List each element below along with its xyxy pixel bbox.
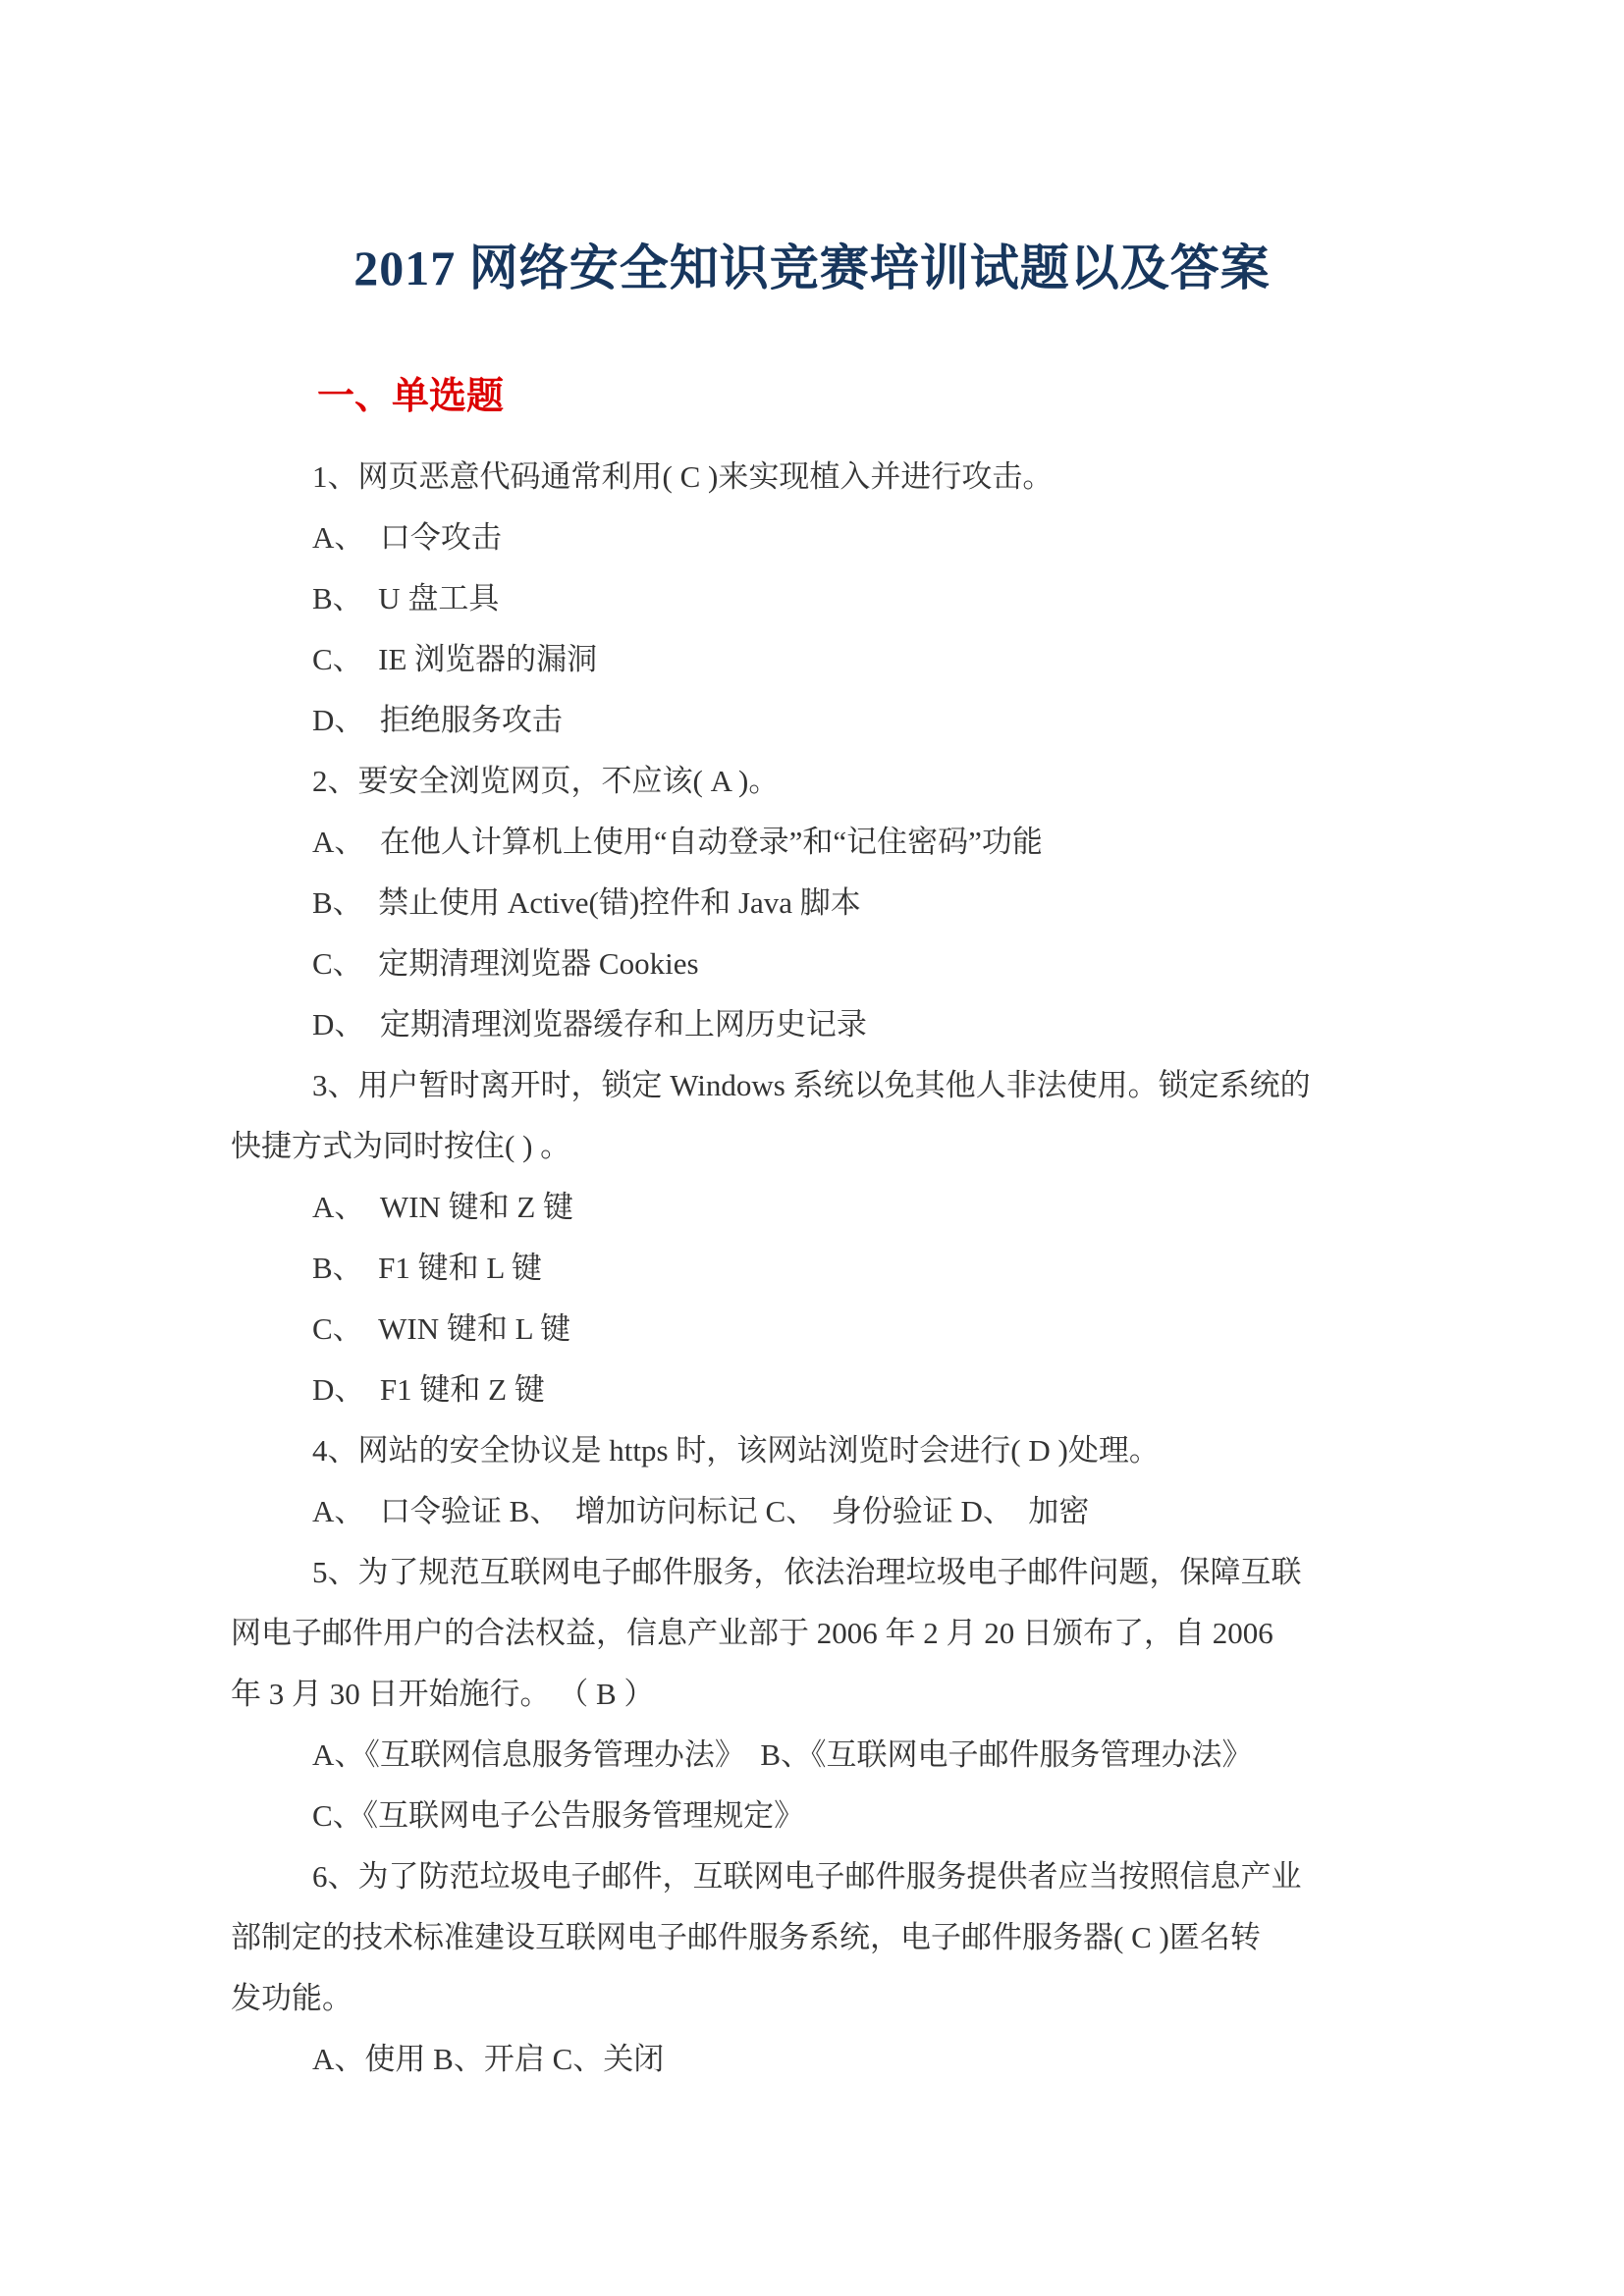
page: 2017 网络安全知识竞赛培训试题以及答案 一、单选题 1、网页恶意代码通常利用…: [0, 0, 1624, 2296]
text-line: B、 U 盘工具: [231, 568, 1447, 629]
text-line: C、 IE 浏览器的漏洞: [231, 629, 1447, 690]
document-title: 2017 网络安全知识竞赛培训试题以及答案: [0, 236, 1624, 300]
question-lines: 1、网页恶意代码通常利用( C )来实现植入并进行攻击。A、 口令攻击B、 U …: [231, 447, 1447, 2090]
text-line: C、 定期清理浏览器 Cookies: [231, 934, 1447, 994]
text-line: 发功能。: [231, 1968, 1447, 2029]
text-line: 2、要安全浏览网页，不应该( A )。: [231, 751, 1447, 812]
text-line: D、 F1 键和 Z 键: [231, 1360, 1447, 1420]
text-line: 网电子邮件用户的合法权益，信息产业部于 2006 年 2 月 20 日颁布了，自…: [231, 1603, 1447, 1664]
text-line: 部制定的技术标准建设互联网电子邮件服务系统，电子邮件服务器( C )匿名转: [231, 1907, 1447, 1968]
text-line: A、使用 B、开启 C、关闭: [231, 2029, 1447, 2090]
text-line: A、 口令攻击: [231, 507, 1447, 568]
text-line: B、 F1 键和 L 键: [231, 1238, 1447, 1299]
text-line: A、《互联网信息服务管理办法》 B、《互联网电子邮件服务管理办法》: [231, 1725, 1447, 1786]
text-line: D、 定期清理浏览器缓存和上网历史记录: [231, 994, 1447, 1055]
text-line: B、 禁止使用 Active(错)控件和 Java 脚本: [231, 873, 1447, 934]
text-line: 年 3 月 30 日开始施行。 （ B ）: [231, 1664, 1447, 1725]
text-line: 5、为了规范互联网电子邮件服务，依法治理垃圾电子邮件问题，保障互联: [231, 1542, 1447, 1603]
text-line: D、 拒绝服务攻击: [231, 690, 1447, 751]
text-line: 4、网站的安全协议是 https 时，该网站浏览时会进行( D )处理。: [231, 1420, 1447, 1481]
text-line: A、 在他人计算机上使用“自动登录”和“记住密码”功能: [231, 812, 1447, 873]
text-line: 1、网页恶意代码通常利用( C )来实现植入并进行攻击。: [231, 447, 1447, 507]
text-line: A、 WIN 键和 Z 键: [231, 1177, 1447, 1238]
text-line: 3、用户暂时离开时，锁定 Windows 系统以免其他人非法使用。锁定系统的: [231, 1055, 1447, 1116]
text-line: C、《互联网电子公告服务管理规定》: [231, 1786, 1447, 1846]
text-line: 快捷方式为同时按住( ) 。: [231, 1116, 1447, 1177]
text-line: 6、为了防范垃圾电子邮件，互联网电子邮件服务提供者应当按照信息产业: [231, 1846, 1447, 1907]
text-line: A、 口令验证 B、 增加访问标记 C、 身份验证 D、 加密: [231, 1481, 1447, 1542]
section-heading: 一、单选题: [317, 374, 1624, 419]
text-line: C、 WIN 键和 L 键: [231, 1299, 1447, 1360]
